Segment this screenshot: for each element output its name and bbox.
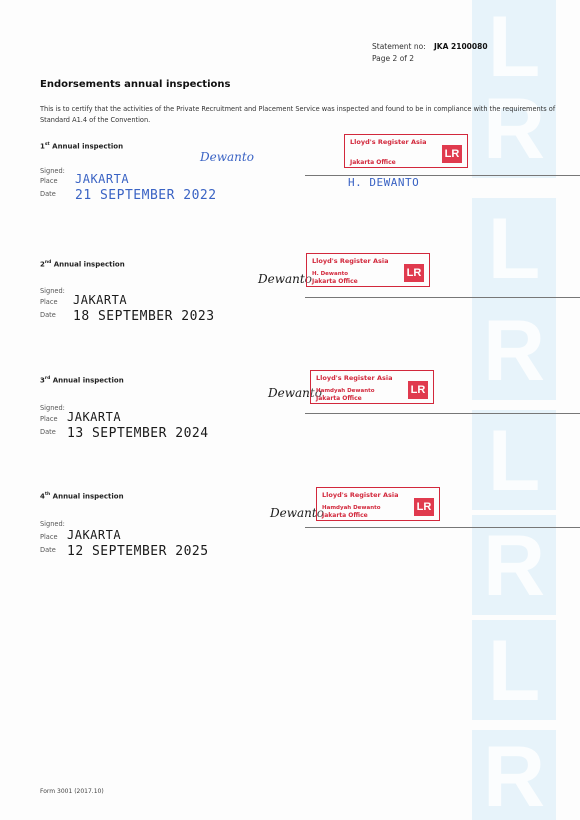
watermark-panel: R bbox=[472, 300, 556, 400]
date-value: 12 SEPTEMBER 2025 bbox=[67, 544, 209, 559]
inspection-title: 1st Annual inspection bbox=[40, 142, 570, 150]
stamp-org: Lloyd's Register Asia bbox=[322, 491, 399, 499]
signed-label: Signed: bbox=[40, 520, 65, 528]
handwritten-name: H. DEWANTO bbox=[348, 176, 419, 189]
stamp-office: Jakarta Office bbox=[350, 159, 396, 166]
statement-label: Statement no: bbox=[372, 41, 434, 53]
lr-logo-icon: LR bbox=[404, 264, 424, 282]
watermark-r-icon: R bbox=[480, 523, 548, 609]
stamp-org: Lloyd's Register Asia bbox=[350, 138, 427, 146]
page-title: Endorsements annual inspections bbox=[40, 79, 230, 90]
statement-number: JKA 2100080 bbox=[434, 41, 488, 53]
page-indicator: Page 2 of 2 bbox=[372, 53, 414, 65]
date-label: Date bbox=[40, 546, 56, 554]
stamp-org: Lloyd's Register Asia bbox=[316, 374, 393, 382]
place-value: JAKARTA bbox=[67, 528, 121, 542]
date-value: 21 SEPTEMBER 2022 bbox=[75, 188, 217, 203]
place-value: JAKARTA bbox=[67, 410, 121, 424]
place-value: JAKARTA bbox=[75, 172, 129, 186]
watermark-panel: R bbox=[472, 515, 556, 615]
lr-logo-icon: LR bbox=[442, 145, 462, 163]
signed-label: Signed: bbox=[40, 404, 65, 412]
inspection-title: 4th Annual inspection bbox=[40, 492, 570, 500]
signature: Dewanto bbox=[200, 150, 254, 164]
company-stamp: Lloyd's Register Asia Jakarta Office LR bbox=[344, 134, 468, 168]
lr-logo-icon: LR bbox=[408, 381, 428, 399]
watermark-l-icon: L bbox=[480, 628, 548, 714]
place-label: Place bbox=[40, 533, 58, 541]
stamp-office: Jakarta Office bbox=[322, 512, 368, 519]
inspection-section-2: 2nd Annual inspection Signed: Place Date… bbox=[40, 260, 570, 268]
certification-text: This is to certify that the activities o… bbox=[40, 104, 570, 125]
stamp-office: Jakarta Office bbox=[312, 278, 358, 285]
signed-label: Signed: bbox=[40, 287, 65, 295]
inspection-title: 2nd Annual inspection bbox=[40, 260, 570, 268]
stamp-person: Hamdyah Dewanto bbox=[322, 505, 381, 511]
form-number: Form 3001 (2017.10) bbox=[40, 788, 104, 795]
stamp-person: H. Dewanto bbox=[312, 271, 348, 277]
company-stamp: Lloyd's Register Asia Hamdyah Dewanto Ja… bbox=[310, 370, 434, 404]
inspection-section-4: 4th Annual inspection Signed: Place Date… bbox=[40, 492, 570, 500]
company-stamp: Lloyd's Register Asia Hamdyah Dewanto Ja… bbox=[316, 487, 440, 521]
watermark-r-icon: R bbox=[480, 734, 548, 820]
signature: Dewanto bbox=[258, 272, 312, 286]
signed-label: Signed: bbox=[40, 167, 65, 175]
stamp-person: Hamdyah Dewanto bbox=[316, 388, 375, 394]
signature-line bbox=[305, 297, 580, 298]
signature-line bbox=[305, 413, 580, 414]
place-label: Place bbox=[40, 177, 58, 185]
inspection-section-1: 1st Annual inspection Signed: Place Date… bbox=[40, 142, 570, 150]
company-stamp: Lloyd's Register Asia H. Dewanto Jakarta… bbox=[306, 253, 430, 287]
date-label: Date bbox=[40, 311, 56, 319]
statement-header: Statement no: JKA 2100080 Page 2 of 2 bbox=[372, 41, 488, 65]
inspection-title: 3rd Annual inspection bbox=[40, 376, 570, 384]
signature-line bbox=[305, 527, 580, 528]
place-value: JAKARTA bbox=[73, 293, 127, 307]
watermark-l-icon: L bbox=[480, 206, 548, 292]
watermark-panel: R bbox=[472, 78, 556, 178]
place-label: Place bbox=[40, 298, 58, 306]
signature-line bbox=[305, 175, 580, 176]
stamp-office: Jakarta Office bbox=[316, 395, 362, 402]
date-value: 18 SEPTEMBER 2023 bbox=[73, 309, 215, 324]
date-label: Date bbox=[40, 190, 56, 198]
date-value: 13 SEPTEMBER 2024 bbox=[67, 426, 209, 441]
stamp-org: Lloyd's Register Asia bbox=[312, 257, 389, 265]
watermark-panel: L bbox=[472, 620, 556, 720]
watermark-r-icon: R bbox=[480, 86, 548, 172]
inspection-section-3: 3rd Annual inspection Signed: Place Date… bbox=[40, 376, 570, 384]
lr-logo-icon: LR bbox=[414, 498, 434, 516]
watermark-panel: R bbox=[472, 730, 556, 820]
place-label: Place bbox=[40, 415, 58, 423]
date-label: Date bbox=[40, 428, 56, 436]
watermark-panel: L bbox=[472, 198, 556, 300]
